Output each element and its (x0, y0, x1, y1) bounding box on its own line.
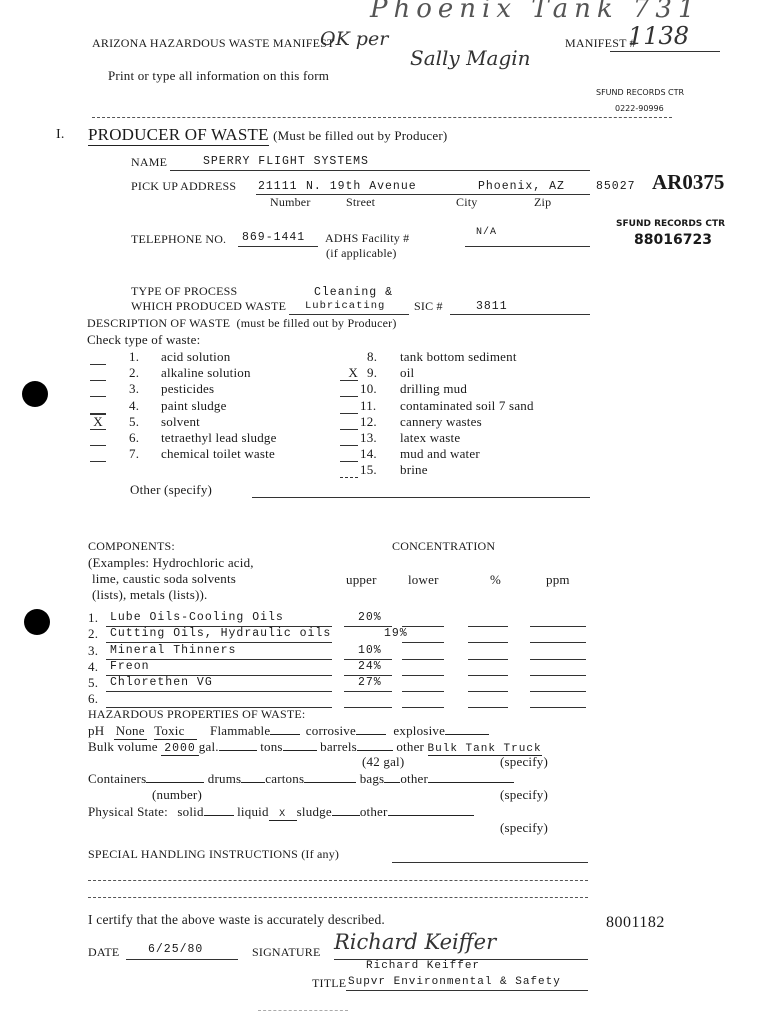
waste-type-number: 10. (360, 381, 377, 397)
waste-type-label: brine (400, 462, 428, 478)
bulk-other-specify-note: (specify) (500, 754, 548, 770)
component-upper[interactable]: 27% (358, 676, 382, 689)
description-title: DESCRIPTION OF WASTE (must be filled out… (87, 316, 397, 331)
components-title: COMPONENTS: (88, 539, 175, 554)
special-handling-field-2[interactable] (88, 880, 588, 881)
handwritten-ok-per: OK per (320, 28, 388, 50)
waste-type-number: 5. (129, 414, 139, 430)
records-stamp-top: SFUND RECORDS CTR (596, 88, 684, 97)
telephone-field-line (238, 246, 318, 247)
physical-specify-note: (specify) (500, 820, 548, 836)
upper-line (344, 707, 392, 708)
header-divider (92, 117, 672, 118)
waste-type-number: 1. (129, 349, 139, 365)
waste-type-label: pesticides (161, 381, 214, 397)
waste-type-number: 4. (129, 398, 139, 414)
section-title: PRODUCER OF WASTE (Must be filled out by… (88, 125, 447, 146)
containers-other-field[interactable] (428, 782, 514, 783)
process-type-value-2[interactable]: Lubricating (305, 300, 385, 312)
form-instruction: Print or type all information on this fo… (108, 68, 329, 84)
process-type-line (289, 314, 409, 315)
printed-name: Richard Keiffer (366, 960, 480, 972)
component-upper[interactable]: 10% (358, 644, 382, 657)
date-field[interactable]: 6/25/80 (148, 943, 203, 956)
telephone-field[interactable]: 869-1441 (242, 231, 305, 244)
waste-type-label: solvent (161, 414, 200, 430)
waste-type-checkbox[interactable] (90, 349, 106, 365)
component-name[interactable]: Mineral Thinners (110, 644, 236, 657)
physical-state-label: Physical State: (88, 804, 168, 819)
waste-type-number: 11. (360, 398, 376, 414)
title-field-line (346, 990, 588, 991)
adhs-facility-line (465, 246, 590, 247)
component-upper[interactable]: 19% (384, 627, 408, 640)
process-type-label-1: TYPE OF PROCESS (131, 284, 237, 299)
flammable-field[interactable] (270, 734, 300, 735)
component-number: 5. (88, 675, 98, 691)
other-specify-field[interactable] (252, 497, 590, 498)
description-note: (must be filled out by Producer) (237, 316, 397, 330)
waste-type-checkbox[interactable] (90, 398, 106, 414)
component-upper[interactable]: 20% (358, 611, 382, 624)
components-examples-1: (Examples: Hydrochloric acid, (88, 555, 254, 571)
process-type-value-1[interactable]: Cleaning & (314, 286, 393, 299)
address-sub-number: Number (270, 195, 311, 210)
components-examples-2: lime, caustic soda solvents (92, 571, 236, 587)
waste-type-number: 9. (367, 365, 377, 381)
process-type-label-2: WHICH PRODUCED WASTE (131, 299, 286, 314)
special-handling-field-1[interactable] (392, 862, 588, 863)
column-percent: % (490, 572, 501, 588)
barrels-label: barrels (320, 739, 357, 754)
records-stamp-number: 88016723 (634, 232, 712, 248)
column-ppm: ppm (546, 572, 570, 588)
waste-type-number: 3. (129, 381, 139, 397)
waste-type-number: 12. (360, 414, 377, 430)
address-sub-street: Street (346, 195, 375, 210)
solid-field[interactable] (204, 815, 234, 816)
manifest-number-line (610, 51, 720, 52)
waste-type-label: paint sludge (161, 398, 227, 414)
waste-type-checkbox[interactable] (340, 414, 358, 430)
cartons-label: cartons (265, 771, 304, 786)
form-title: ARIZONA HAZARDOUS WASTE MANIFEST (92, 36, 335, 51)
component-name[interactable]: Chlorethen VG (110, 676, 213, 689)
corrosive-label: corrosive (306, 723, 356, 738)
solid-label: solid (177, 804, 203, 819)
address-number-field[interactable]: 21111 (258, 180, 298, 193)
drums-field[interactable] (241, 782, 265, 783)
telephone-label: TELEPHONE NO. (131, 232, 226, 247)
title-field[interactable]: Supvr Environmental & Safety (348, 976, 561, 988)
column-lower: lower (408, 572, 439, 588)
waste-type-checkbox[interactable] (340, 446, 358, 462)
section-number: I. (56, 127, 65, 143)
address-label: PICK UP ADDRESS (131, 179, 236, 194)
explosive-label: explosive (393, 723, 445, 738)
component-name[interactable]: Lube Oils-Cooling Oils (110, 611, 284, 624)
physical-other-label: other (360, 804, 388, 819)
special-handling-label: SPECIAL HANDLING INSTRUCTIONS (If any) (88, 847, 339, 862)
physical-state-row: Physical State: solid liquidXsludgeother (88, 804, 474, 821)
date-label: DATE (88, 945, 119, 960)
component-number: 6. (88, 691, 98, 707)
tons-field[interactable] (219, 750, 257, 751)
bulk-volume-field[interactable]: 2000 (161, 742, 199, 756)
containers-specify-note: (specify) (500, 787, 548, 803)
component-number: 4. (88, 659, 98, 675)
column-upper: upper (346, 572, 377, 588)
waste-type-label: tank bottom sediment (400, 349, 517, 365)
table-row: 3. Mineral Thinners 10% (88, 644, 598, 660)
document-id-stamp: AR0375 (652, 170, 724, 195)
barrels-field-2[interactable] (357, 750, 393, 751)
adhs-facility-note: (if applicable) (326, 246, 397, 261)
explosive-field[interactable] (445, 734, 489, 735)
producer-section-note: (Must be filled out by Producer) (273, 128, 447, 143)
waste-type-checkbox[interactable] (340, 462, 358, 478)
component-number: 2. (88, 626, 98, 642)
waste-type-number: 8. (367, 349, 377, 365)
containers-number-note: (number) (152, 787, 202, 803)
waste-type-checkbox[interactable] (90, 430, 106, 446)
sludge-label: sludge (297, 804, 332, 819)
waste-type-checkbox[interactable] (340, 381, 358, 397)
special-handling-field-3[interactable] (88, 897, 588, 898)
waste-type-checkbox[interactable] (90, 446, 106, 462)
adhs-facility-label: ADHS Facility # (325, 231, 409, 246)
component-name[interactable]: Freon (110, 660, 150, 673)
waste-type-number: 14. (360, 446, 377, 462)
title-label: TITLE (312, 976, 346, 991)
table-row: 2. Cutting Oils, Hydraulic oils 19% (88, 627, 598, 643)
punch-hole-bottom (24, 609, 50, 635)
bulk-volume-label: Bulk volume (88, 739, 158, 754)
waste-type-label: mud and water (400, 446, 480, 462)
waste-type-label: chemical toilet waste (161, 446, 275, 462)
name-field[interactable]: SPERRY FLIGHT SYSTEMS (203, 155, 369, 168)
ph-value[interactable]: None (114, 723, 147, 740)
waste-type-number: 15. (360, 462, 377, 478)
document-number: 8001182 (606, 914, 665, 932)
waste-type-checkbox[interactable]: X (340, 365, 358, 381)
concentration-label: CONCENTRATION (392, 539, 495, 554)
table-row: 4. Freon 24% (88, 660, 598, 676)
barrels-field[interactable] (283, 750, 317, 751)
component-number: 1. (88, 610, 98, 626)
address-zip-field[interactable]: 85027 (596, 180, 636, 193)
bags-label: bags (360, 771, 385, 786)
components-table: 1. Lube Oils-Cooling Oils 20% 2. Cutting… (88, 611, 598, 709)
containers-row: Containers drumscartons bagsother (88, 771, 514, 787)
waste-type-label: cannery wastes (400, 414, 482, 430)
handwritten-approver: Sally Magin (410, 46, 531, 70)
hazards-title: HAZARDOUS PROPERTIES OF WASTE: (88, 707, 305, 722)
waste-type-label: tetraethyl lead sludge (161, 430, 277, 446)
waste-type-label: contaminated soil 7 sand (400, 398, 534, 414)
records-stamp-top-number: 0222-90996 (615, 104, 664, 113)
waste-type-checkbox[interactable]: X (90, 414, 106, 430)
waste-type-label: oil (400, 365, 414, 381)
waste-type-checkbox[interactable] (90, 365, 106, 381)
waste-type-checkbox[interactable] (340, 398, 358, 414)
manifest-number: 1138 (628, 22, 689, 50)
waste-type-label: latex waste (400, 430, 460, 446)
name-label: NAME (131, 155, 167, 170)
signature-label: SIGNATURE (252, 945, 320, 960)
bulk-volume-row: Bulk volume 2000gal. tons barrels other … (88, 739, 542, 756)
address-street-field[interactable]: N. 19th Avenue (306, 180, 417, 193)
sic-field-line (450, 314, 590, 315)
sic-label: SIC # (414, 299, 443, 314)
component-number: 3. (88, 643, 98, 659)
punch-hole-top (22, 381, 48, 407)
adhs-facility-field[interactable]: N/A (476, 227, 497, 238)
manifest-label: MANIFEST # (565, 36, 636, 51)
waste-type-number: 7. (129, 446, 139, 462)
cartons-field[interactable] (304, 782, 356, 783)
sludge-field[interactable] (332, 815, 360, 816)
components-examples-3: (lists), metals (lists)). (92, 587, 208, 603)
bulk-other-label: other (396, 739, 424, 754)
certification-statement: I certify that the above waste is accura… (88, 912, 385, 928)
date-field-line (126, 959, 238, 960)
table-row: 1. Lube Oils-Cooling Oils 20% (88, 611, 598, 627)
component-upper[interactable]: 24% (358, 660, 382, 673)
check-type-label: Check type of waste: (87, 332, 200, 348)
table-row: 5. Chlorethen VG 27% (88, 676, 598, 692)
waste-type-label: drilling mud (400, 381, 467, 397)
containers-label: Containers (88, 771, 146, 786)
gal-label: gal. (199, 739, 219, 754)
signature-field[interactable]: Richard Keiffer (334, 930, 496, 954)
waste-type-number: 13. (360, 430, 377, 446)
handwritten-top-note: Phoenix Tank 731 (370, 0, 700, 24)
description-heading: DESCRIPTION OF WASTE (87, 316, 230, 330)
producer-section-heading: PRODUCER OF WASTE (88, 125, 269, 146)
ph-label: pH (88, 723, 104, 738)
containers-number-field[interactable] (146, 782, 204, 783)
component-name[interactable]: Cutting Oils, Hydraulic oils (110, 627, 331, 640)
drums-label: drums (208, 771, 242, 786)
waste-type-number: 6. (129, 430, 139, 446)
liquid-field[interactable]: X (269, 809, 297, 821)
other-specify-label: Other (specify) (130, 482, 212, 498)
ppm-line (530, 707, 586, 708)
waste-type-checkbox[interactable] (340, 430, 358, 446)
toxic-option[interactable]: Toxic (154, 723, 196, 740)
barrels-note: (42 gal) (362, 754, 404, 770)
tons-label: tons (260, 739, 282, 754)
address-sub-city: City (456, 195, 477, 210)
records-stamp: SFUND RECORDS CTR (616, 219, 725, 229)
bags-field[interactable] (384, 782, 400, 783)
name-field-line (170, 170, 590, 171)
waste-type-label: acid solution (161, 349, 230, 365)
lower-line (402, 707, 444, 708)
percent-line (468, 707, 508, 708)
waste-type-label: alkaline solution (161, 365, 251, 381)
containers-other-label: other (400, 771, 428, 786)
physical-other-field[interactable] (388, 815, 474, 816)
waste-type-checkbox[interactable] (90, 381, 106, 397)
flammable-label: Flammable (210, 723, 270, 738)
corrosive-field[interactable] (356, 734, 386, 735)
scan-artifact-line (258, 1010, 348, 1011)
sic-field[interactable]: 3811 (476, 300, 508, 313)
waste-type-number: 2. (129, 365, 139, 381)
hazards-row: pH None Toxic Flammable corrosive explos… (88, 723, 489, 740)
address-sub-zip: Zip (534, 195, 551, 210)
liquid-label: liquid (237, 804, 269, 819)
address-city-field[interactable]: Phoenix, AZ (478, 180, 565, 193)
